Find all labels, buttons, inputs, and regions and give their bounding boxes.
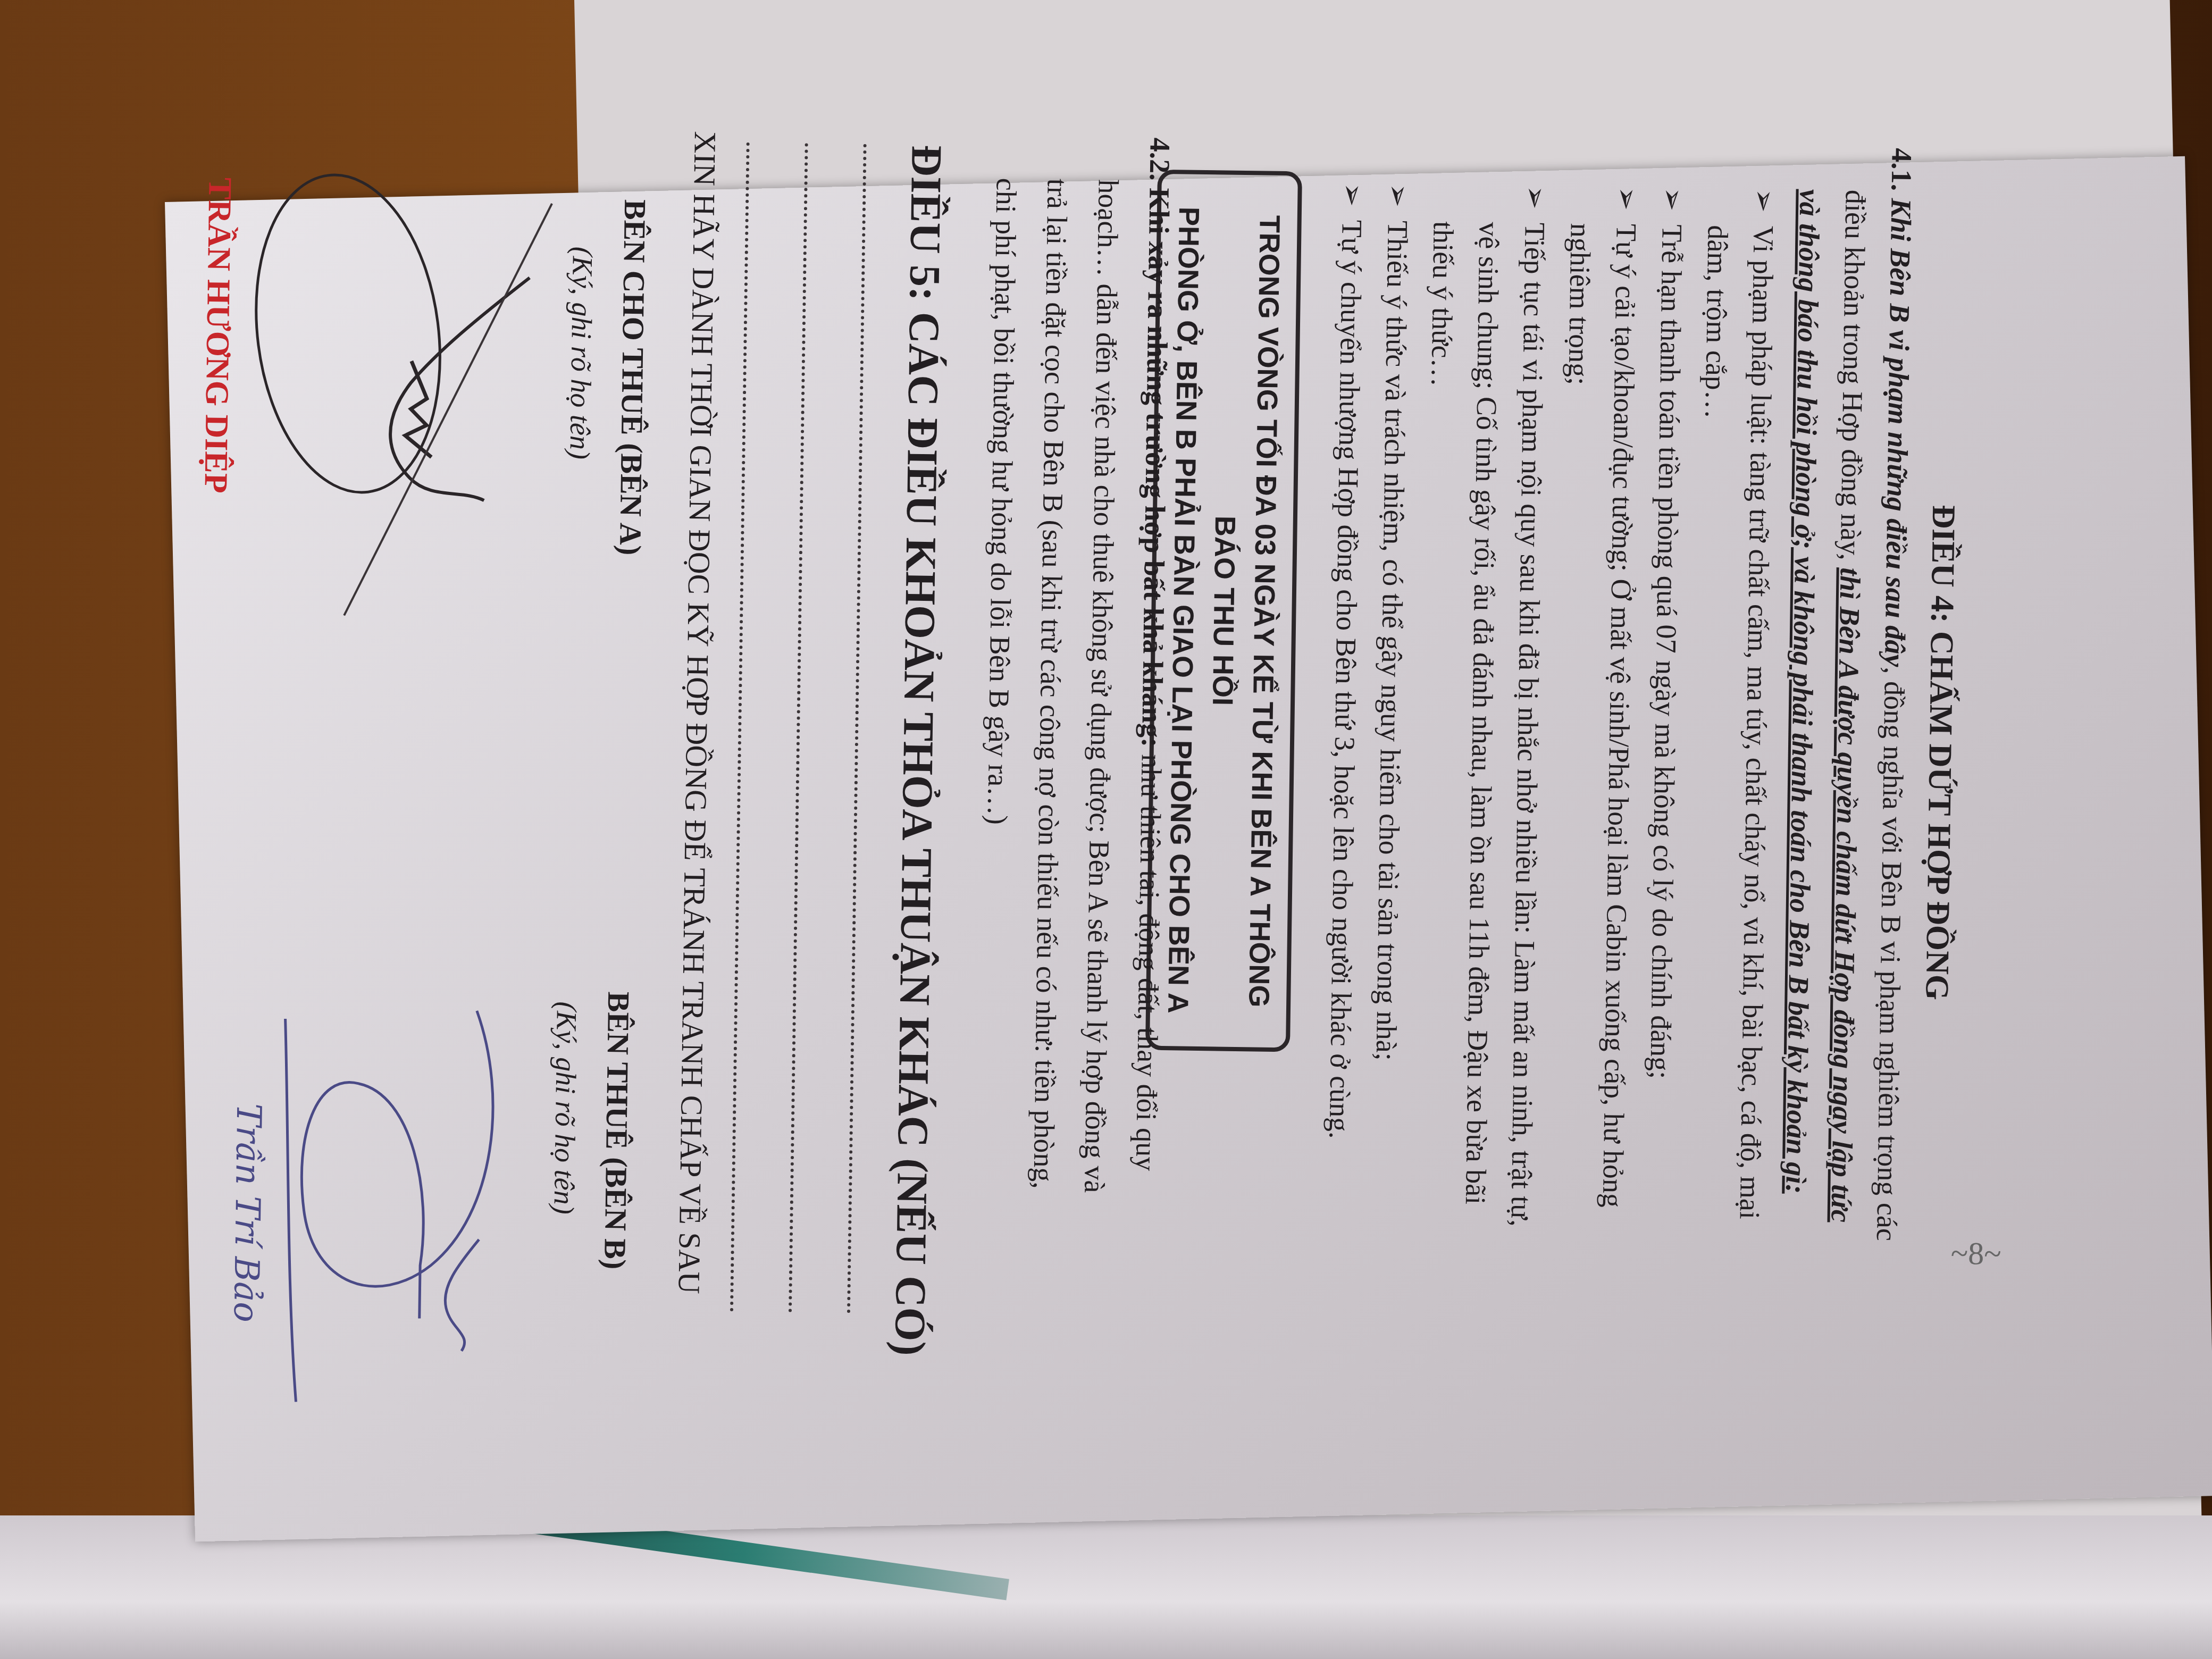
closing-note: XIN HÃY DÀNH THỜI GIAN ĐỌC KỸ HỢP ĐỒNG Đ…: [671, 131, 723, 1294]
arrow-bullet-icon: ➢: [1604, 186, 1650, 211]
clause-4-2: 4.2. Khi xảy ra những trường hợp bất khả…: [967, 135, 1186, 1194]
clause-line3-emph: và thông báo thu hồi phòng ở; và không p…: [1780, 189, 1825, 1194]
party-b-subtitle: (Ký, ghi rõ họ tên): [547, 1001, 583, 1214]
notice-line1: TRONG VÒNG TỐI ĐA 03 NGÀY KỂ TỪ KHI BÊN …: [1197, 190, 1290, 1032]
arrow-bullet-icon: ➢: [1375, 183, 1421, 207]
party-a-signature: [195, 156, 574, 640]
arrow-bullet-icon: ➢: [1512, 185, 1559, 210]
party-a-title: BÊN CHO THUÊ (BÊN A): [613, 199, 653, 556]
arrow-bullet-icon: ➢: [1741, 188, 1787, 213]
clause-4-1: 4.1. Khi Bên B vi phạm những điều sau đâ…: [1315, 140, 1925, 1241]
clause-number: 4.1.: [1886, 148, 1918, 191]
clause-line: như thiên tai, động đất, thay đổi quy: [1130, 747, 1168, 1171]
clause-number: 4.2.: [1144, 137, 1176, 181]
violation-item: ➢Tự ý cải tạo/khoan/đục tường; Ở mất vệ …: [1544, 186, 1650, 1237]
arrow-bullet-icon: ➢: [1329, 182, 1376, 207]
clause-line2: điều khoản trong Hợp đồng này,: [1834, 190, 1872, 568]
article4-title: ĐIỀU 4: CHẤM DỨT HỢP ĐỒNG: [1917, 505, 1962, 1001]
clause-lead: Khi xảy ra những trường hợp bất khả khán…: [1136, 188, 1176, 748]
party-b-handwritten-name: Trần Trí Bảo: [226, 1103, 269, 1323]
party-b-signature: [269, 987, 541, 1416]
blank-line-2[interactable]: [789, 143, 808, 1313]
document-page: 4 ~8~ ĐIỀU 4: CHẤM DỨT HỢP ĐỒNG 4.1. Khi…: [152, 113, 1967, 1457]
party-a-stamp-name: TRẦN HƯƠNG DIỆP: [196, 178, 238, 494]
corner-mark: ~8~: [1950, 1235, 2001, 1272]
blank-line-3[interactable]: [730, 143, 750, 1312]
clause-line2-emph: thì Bên A được quyền chấm dứt Hợp đồng n…: [1825, 567, 1866, 1222]
clause-lead: Khi Bên B vi phạm những điều sau đây: [1879, 198, 1917, 667]
violation-list: ➢Vi phạm pháp luật: tàng trữ chất cấm, m…: [1315, 140, 1788, 1239]
article5-title: ĐIỀU 5: CÁC ĐIỀU KHOẢN THỎA THUẬN KHÁC (…: [885, 145, 952, 1356]
party-b-title: BÊN THUÊ (BÊN B): [597, 991, 636, 1270]
violation-item: ➢Vi phạm pháp luật: tàng trữ chất cấm, m…: [1681, 188, 1787, 1239]
violation-item: ➢Tiếp tục tái vi phạm nội quy sau khi đã…: [1406, 184, 1559, 1236]
clause-lead-rest: , đồng nghĩa với Bên B vi phạm nghiêm tr…: [1871, 667, 1911, 1242]
arrow-bullet-icon: ➢: [1649, 187, 1696, 212]
blank-line-1[interactable]: [847, 144, 867, 1314]
